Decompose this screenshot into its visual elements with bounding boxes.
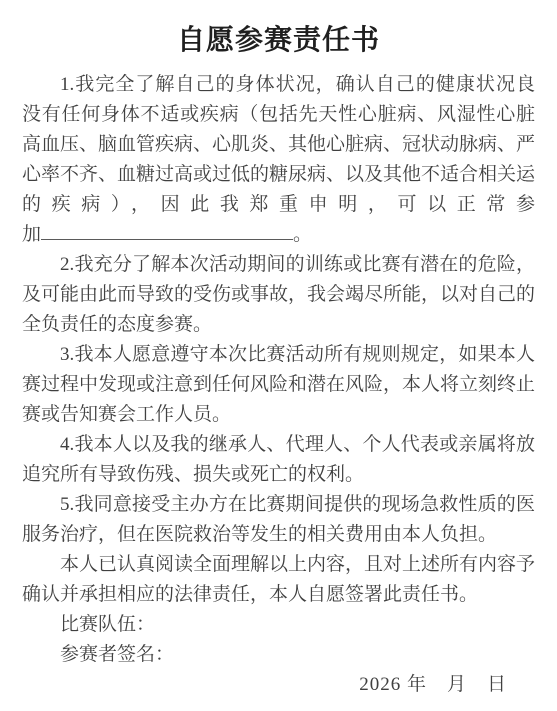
text-line: 及可能由此而导致的受伤或事故，我会竭尽所能，以对自己的安 — [22, 280, 535, 310]
text-line: 没有任何身体不适或疾病（包括先天性心脏病、风湿性心脏病、 — [22, 100, 535, 130]
text-line: 全负责任的态度参赛。 — [22, 310, 535, 340]
text-line: 3.我本人愿意遵守本次比赛活动所有规则规定，如果本人参 — [22, 340, 535, 370]
fill-in-blank-line: 加。 — [22, 220, 535, 250]
text-line: 参赛者签名： — [22, 640, 535, 670]
text-line: 赛或告知赛会工作人员。 — [22, 400, 535, 430]
document-title: 自愿参赛责任书 — [22, 22, 535, 60]
text-line: 服务治疗，但在医院救治等发生的相关费用由本人负担。 — [22, 520, 535, 550]
text-line: 确认并承担相应的法律责任，本人自愿签署此责任书。 — [22, 580, 535, 610]
text-line: 5.我同意接受主办方在比赛期间提供的现场急救性质的医疗 — [22, 490, 535, 520]
text-line: 2.我充分了解本次活动期间的训练或比赛有潜在的危险，以 — [22, 250, 535, 280]
text-line: 追究所有导致伤残、损失或死亡的权利。 — [22, 460, 535, 490]
text-line: 1.我完全了解自己的身体状况，确认自己的健康状况良好， — [22, 70, 535, 100]
text-line: 赛过程中发现或注意到任何风险和潜在风险，本人将立刻终止参 — [22, 370, 535, 400]
text-line: 2026 年 月 日 — [22, 670, 535, 700]
text-line: 比赛队伍： — [22, 610, 535, 640]
text-line: 本人已认真阅读全面理解以上内容，且对上述所有内容予以 — [22, 550, 535, 580]
document-body: 1.我完全了解自己的身体状况，确认自己的健康状况良好，没有任何身体不适或疾病（包… — [22, 70, 535, 700]
blank-prefix: 加 — [22, 224, 41, 245]
text-line: 的疾病），因此我郑重申明，可以正常参 — [22, 190, 535, 220]
text-line: 高血压、脑血管疾病、心肌炎、其他心脏病、冠状动脉病、严重 — [22, 130, 535, 160]
text-line: 4.我本人以及我的继承人、代理人、个人代表或亲属将放弃 — [22, 430, 535, 460]
blank-underline[interactable] — [41, 221, 293, 240]
blank-suffix: 。 — [293, 224, 312, 245]
text-line: 心率不齐、血糖过高或过低的糖尿病、以及其他不适合相关运动 — [22, 160, 535, 190]
document-page: 自愿参赛责任书 1.我完全了解自己的身体状况，确认自己的健康状况良好，没有任何身… — [0, 0, 557, 711]
